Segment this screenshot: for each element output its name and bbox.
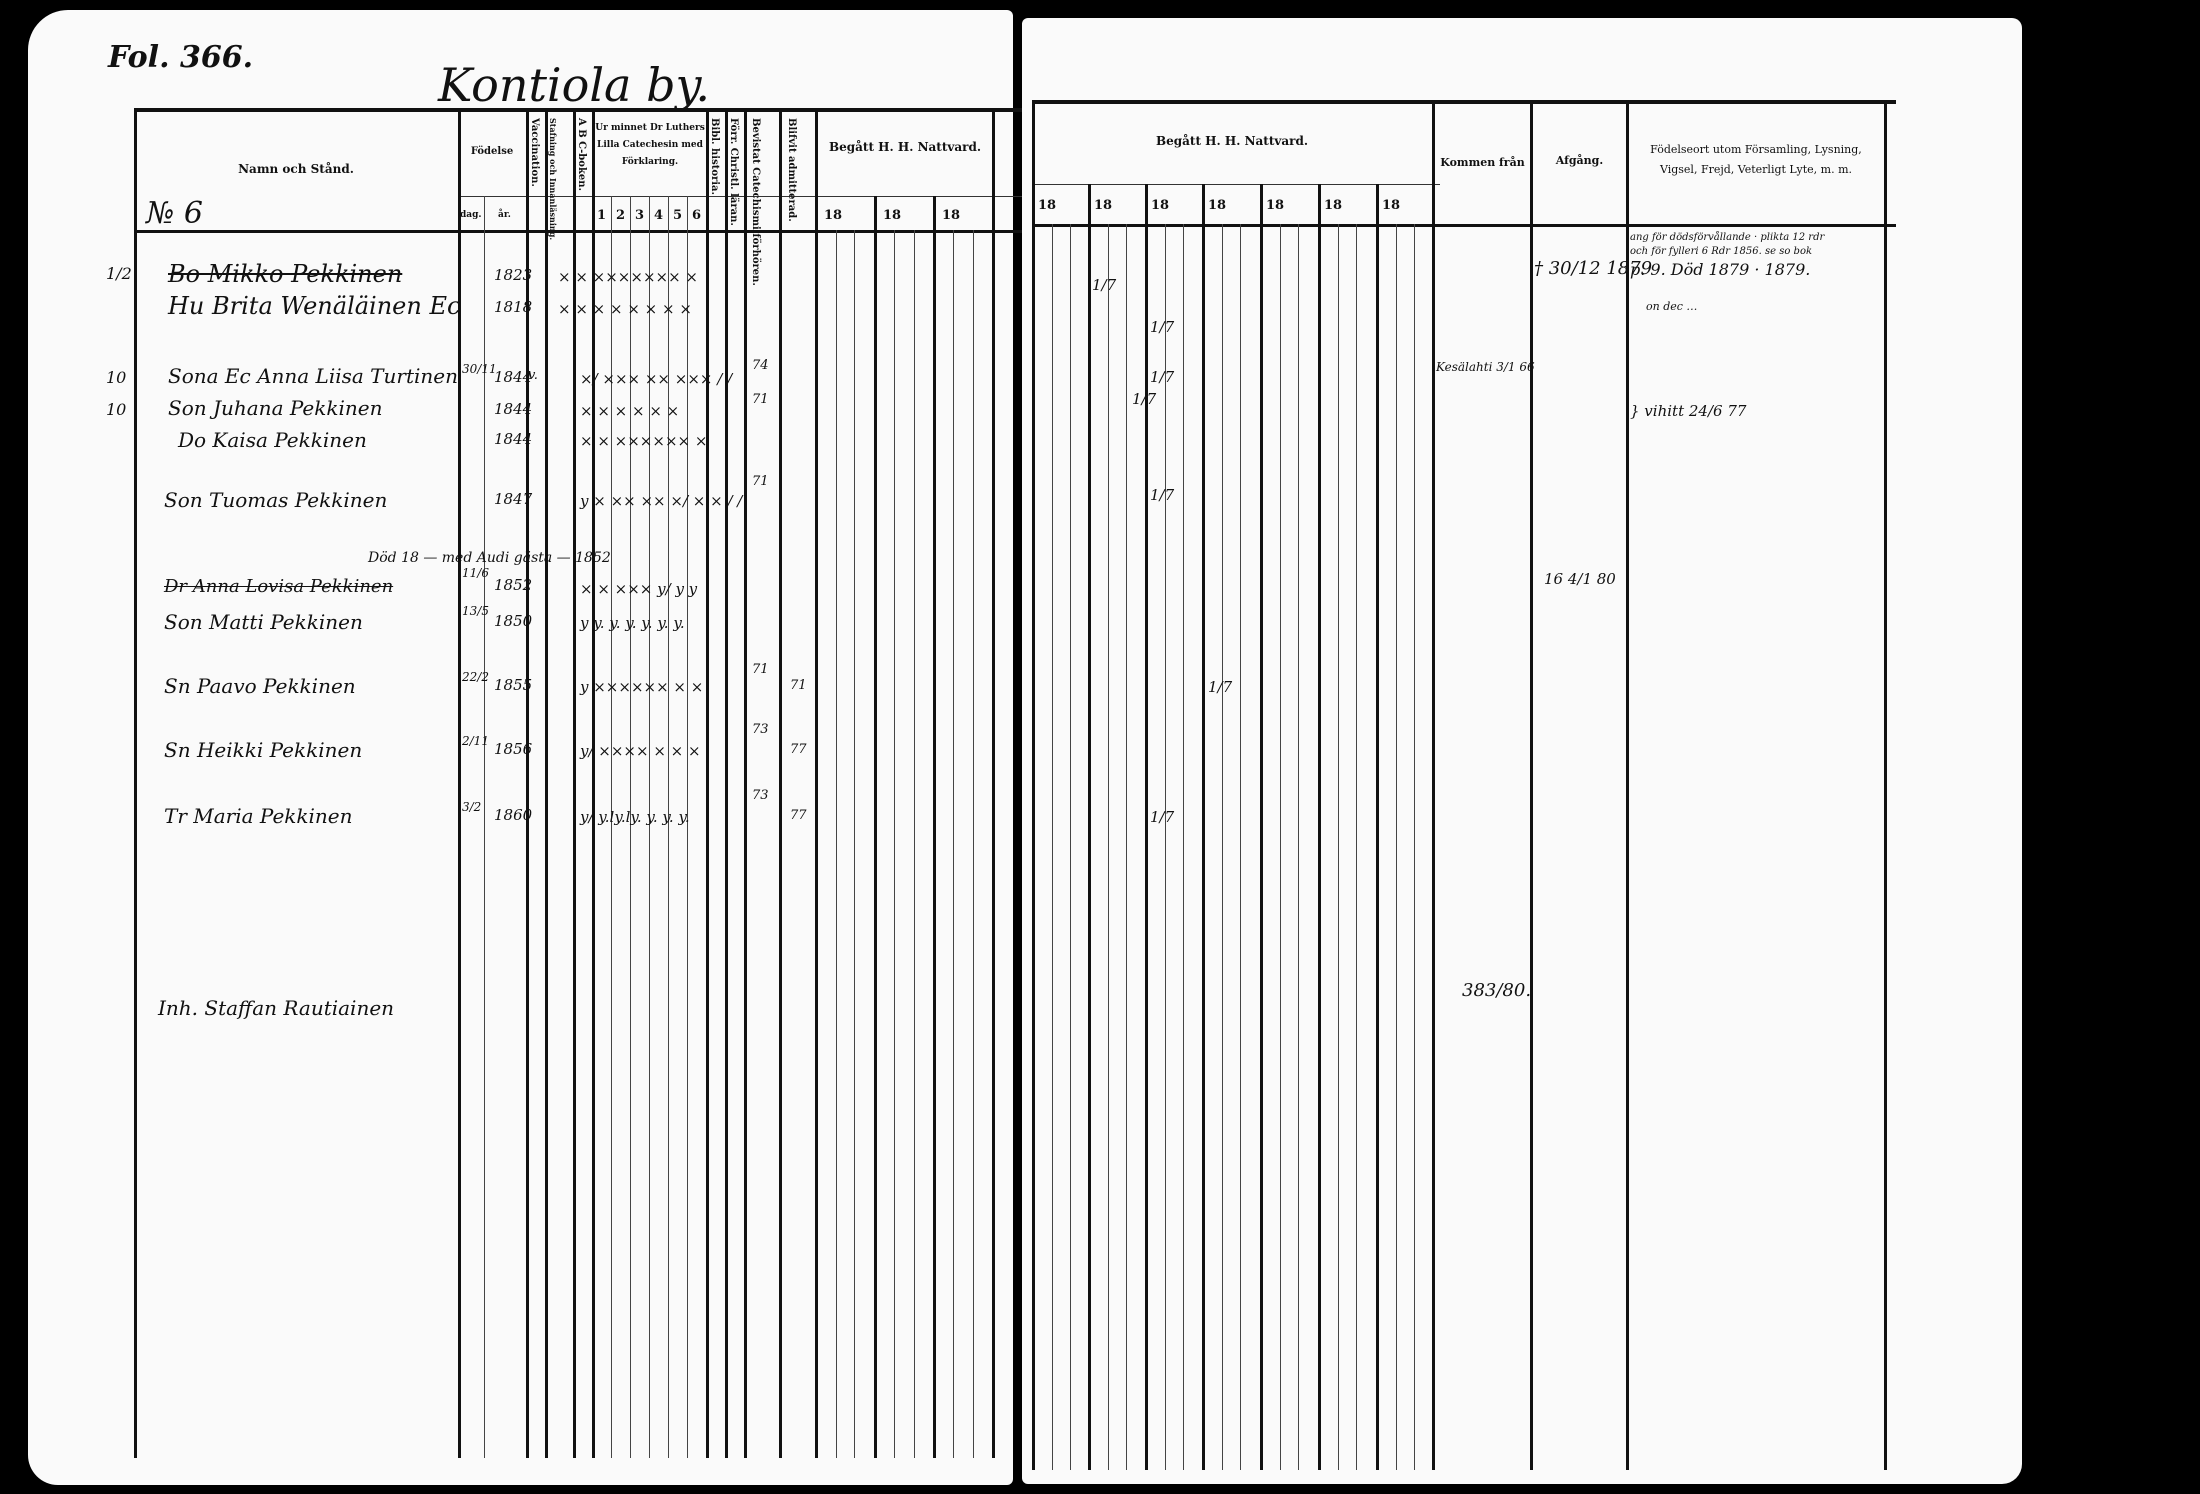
col-line bbox=[1240, 224, 1241, 1470]
header-year-18: 18 bbox=[824, 208, 842, 223]
table-top-border bbox=[1032, 100, 1896, 104]
remark-line: on dec … bbox=[1646, 300, 1697, 313]
person-marks: y × ×× ×× ×/ × × / / bbox=[580, 492, 742, 510]
person-name: Son Tuomas Pekkinen bbox=[164, 488, 387, 512]
person-name: Sn Paavo Pekkinen bbox=[164, 674, 356, 698]
admitted-year: 77 bbox=[790, 742, 807, 757]
person-marks: y y. y. y. y. y. y. bbox=[580, 614, 685, 632]
communion-mark: 1/7 bbox=[1092, 276, 1116, 294]
person-birth-year: 1844 bbox=[494, 400, 532, 418]
col-line bbox=[914, 230, 915, 1458]
col-line bbox=[815, 108, 818, 1458]
col-line bbox=[894, 230, 895, 1458]
col-line bbox=[1183, 224, 1184, 1470]
person-birth-day: 3/2 bbox=[462, 800, 481, 814]
catechism-note: 71 bbox=[752, 662, 769, 677]
table-top-border bbox=[134, 108, 1022, 112]
catechism-note: 74 bbox=[752, 358, 769, 373]
person-birth-day: 11/6 bbox=[462, 566, 489, 580]
person-name: Tr Maria Pekkinen bbox=[164, 804, 353, 828]
communion-mark: 1/7 bbox=[1132, 390, 1156, 408]
catechism-note: 73 bbox=[752, 722, 769, 737]
header-arrived-from: Kommen från bbox=[1435, 156, 1530, 169]
person-name: Bo Mikko Pekkinen bbox=[168, 260, 402, 288]
person-marks: y/ ×××× × × × bbox=[580, 742, 701, 760]
col-line bbox=[1530, 100, 1533, 1470]
col-line bbox=[134, 108, 137, 1458]
person-marks: × × × × × × bbox=[580, 402, 679, 420]
person-birth-year: 1847 bbox=[494, 490, 532, 508]
col-line bbox=[953, 230, 954, 1458]
header-departure: Afgång. bbox=[1533, 154, 1626, 167]
admitted-year: 77 bbox=[790, 808, 807, 823]
header-year-18: 18 bbox=[883, 208, 901, 223]
communion-mark: 1/7 bbox=[1150, 808, 1174, 826]
person-name: Son Juhana Pekkinen bbox=[168, 396, 382, 420]
remark-entry: } vihitt 24/6 77 bbox=[1630, 402, 1746, 420]
col-line bbox=[1052, 224, 1053, 1470]
header-christ-doctrine: Förr. Christl. läran. bbox=[728, 118, 739, 228]
person-birth-day: 30/11 bbox=[462, 362, 497, 376]
col-line bbox=[1396, 224, 1397, 1470]
col-line bbox=[779, 108, 782, 1458]
header-year-18: 18 bbox=[1324, 198, 1342, 213]
header-year-18: 18 bbox=[942, 208, 960, 223]
col-line bbox=[545, 108, 548, 1458]
col-line bbox=[1260, 184, 1263, 1470]
col-line bbox=[1108, 224, 1109, 1470]
communion-mark: 1/7 bbox=[1208, 678, 1232, 696]
header-cat-2: 2 bbox=[616, 208, 625, 223]
person-marks: y/ y.ly.ly. y. y. y. bbox=[580, 808, 690, 826]
margin-note: 10 bbox=[106, 368, 126, 387]
col-line bbox=[1298, 224, 1299, 1470]
col-line bbox=[1165, 224, 1166, 1470]
header-admitted: Blifvit admitterad. bbox=[786, 118, 797, 228]
person-name: Do Kaisa Pekkinen bbox=[178, 428, 367, 452]
person-birth-year: 1844 bbox=[494, 430, 532, 448]
col-line bbox=[1145, 184, 1148, 1470]
header-cat-4: 4 bbox=[654, 208, 663, 223]
arrived-from-entry: 383/80. bbox=[1462, 980, 1531, 1001]
person-name: Dr Anna Lovisa Pekkinen bbox=[164, 576, 393, 597]
col-line bbox=[1280, 224, 1281, 1470]
header-bottom-border bbox=[1032, 224, 1896, 227]
person-birth-year: 1855 bbox=[494, 676, 532, 694]
person-marks: × × × × × × × × bbox=[558, 300, 692, 318]
person-marks: ×/ ××× ×× ××× / / bbox=[580, 370, 732, 388]
header-cat-1: 1 bbox=[597, 208, 606, 223]
margin-note: 1/2 bbox=[106, 264, 132, 283]
col-line bbox=[1414, 224, 1415, 1470]
folio-number: Fol. 366. bbox=[108, 40, 253, 75]
household-number: № 6 bbox=[146, 196, 203, 231]
person-name: Hu Brita Wenäläinen Ec bbox=[168, 292, 460, 320]
header-year-18: 18 bbox=[1038, 198, 1056, 213]
person-marks: × × ×××××× × bbox=[580, 432, 707, 450]
header-communion-left: Begått H. H. Nattvard. bbox=[818, 140, 992, 154]
col-line bbox=[1222, 224, 1223, 1470]
header-abc: A B C-boken. bbox=[576, 118, 587, 228]
header-birth-year: år. bbox=[498, 210, 511, 220]
header-bible-history: Bibl. historia. bbox=[709, 118, 720, 228]
person-vaccination: v. bbox=[528, 368, 538, 383]
col-line bbox=[1432, 100, 1435, 1470]
col-line bbox=[854, 230, 855, 1458]
person-marks: × × ××××××× × bbox=[558, 268, 698, 286]
col-line bbox=[1202, 184, 1205, 1470]
catechism-note: 73 bbox=[752, 788, 769, 803]
header-cat-6: 6 bbox=[692, 208, 701, 223]
header-cat-5: 5 bbox=[673, 208, 682, 223]
col-line bbox=[1088, 184, 1091, 1470]
death-annotation: Död 18 — med Audi gästa — 1852 bbox=[368, 550, 611, 566]
header-year-18: 18 bbox=[1151, 198, 1169, 213]
header-year-18: 18 bbox=[1094, 198, 1112, 213]
admitted-year: 71 bbox=[790, 678, 807, 693]
communion-mark: 1/7 bbox=[1150, 486, 1174, 504]
header-birth: Födelse bbox=[458, 146, 526, 157]
person-name: Sn Heikki Pekkinen bbox=[164, 738, 362, 762]
departure-entry: 16 4/1 80 bbox=[1544, 570, 1616, 588]
communion-mark: 1/7 bbox=[1150, 318, 1174, 336]
header-reading: Stafning och Innanläsning. bbox=[548, 118, 558, 228]
header-name: Namn och Stånd. bbox=[134, 162, 458, 176]
col-line bbox=[744, 108, 747, 1458]
header-cat-3: 3 bbox=[635, 208, 644, 223]
header-catechism: Ur minnet Dr Luthers Lilla Catechesin me… bbox=[594, 120, 706, 171]
communion-mark: 1/7 bbox=[1150, 368, 1174, 386]
person-marks: × × ××× y/ y y bbox=[580, 580, 697, 598]
header-year-18: 18 bbox=[1208, 198, 1226, 213]
remark-line: ang för dödsförvållande · plikta 12 rdr bbox=[1630, 232, 1824, 243]
remark-line: och för fylleri 6 Rdr 1856. se so bok bbox=[1630, 246, 1812, 257]
person-birth-day: 22/2 bbox=[462, 670, 489, 684]
person-name: Son Matti Pekkinen bbox=[164, 610, 363, 634]
person-birth-year: 1844 bbox=[494, 368, 532, 386]
catechism-note: 71 bbox=[752, 392, 769, 407]
person-birth-year: 1818 bbox=[494, 298, 532, 316]
col-line bbox=[484, 196, 485, 1458]
catechism-note: 71 bbox=[752, 474, 769, 489]
margin-note: 10 bbox=[106, 400, 126, 419]
header-year-18: 18 bbox=[1382, 198, 1400, 213]
person-name: Inh. Staffan Rautiainen bbox=[158, 996, 394, 1020]
col-line bbox=[1356, 224, 1357, 1470]
person-birth-year: 1823 bbox=[494, 266, 532, 284]
col-line bbox=[836, 230, 837, 1458]
col-line bbox=[933, 196, 936, 1458]
col-line bbox=[992, 108, 995, 1458]
col-line bbox=[1318, 184, 1321, 1470]
left-page: Fol. 366. Kontiola by. Namn och Stånd. №… bbox=[28, 10, 1013, 1485]
person-marks: y ×××××× × × bbox=[580, 678, 703, 696]
header-vaccination: Vaccination. bbox=[529, 118, 540, 228]
col-line bbox=[725, 108, 728, 1458]
header-bottom-border bbox=[134, 230, 1022, 233]
header-year-18: 18 bbox=[1266, 198, 1284, 213]
header-communion-right: Begått H. H. Nattvard. bbox=[1032, 134, 1432, 148]
col-line bbox=[706, 108, 709, 1458]
header-birth-day: dag. bbox=[460, 210, 482, 220]
col-line bbox=[1338, 224, 1339, 1470]
person-birth-year: 1850 bbox=[494, 612, 532, 630]
col-line bbox=[1070, 224, 1071, 1470]
person-birth-year: 1852 bbox=[494, 576, 532, 594]
col-line bbox=[1626, 100, 1629, 1470]
header-catechism-proven: Bevistat Catechismi förhören. bbox=[750, 118, 761, 228]
subheader-divider bbox=[458, 196, 1022, 197]
person-birth-day: 2/11 bbox=[462, 734, 489, 748]
person-birth-day: 13/5 bbox=[462, 604, 489, 618]
header-remarks: Födelseort utom Församling, Lysning, Vig… bbox=[1634, 140, 1878, 180]
remark-line: p. 9. Död 1879 · 1879. bbox=[1630, 260, 1810, 279]
col-line bbox=[1032, 100, 1035, 1470]
col-line bbox=[874, 196, 877, 1458]
person-birth-year: 1860 bbox=[494, 806, 532, 824]
right-page: Begått H. H. Nattvard. 18 18 18 18 18 18… bbox=[1022, 18, 2022, 1484]
col-line bbox=[1376, 184, 1379, 1470]
person-name: Sona Ec Anna Liisa Turtinen bbox=[168, 364, 458, 388]
col-line bbox=[1884, 100, 1887, 1470]
col-line bbox=[1126, 224, 1127, 1470]
arrived-from-entry: Kesälahti 3/1 66 bbox=[1436, 360, 1535, 374]
person-birth-year: 1856 bbox=[494, 740, 532, 758]
col-line bbox=[973, 230, 974, 1458]
village-title: Kontiola by. bbox=[438, 58, 710, 112]
